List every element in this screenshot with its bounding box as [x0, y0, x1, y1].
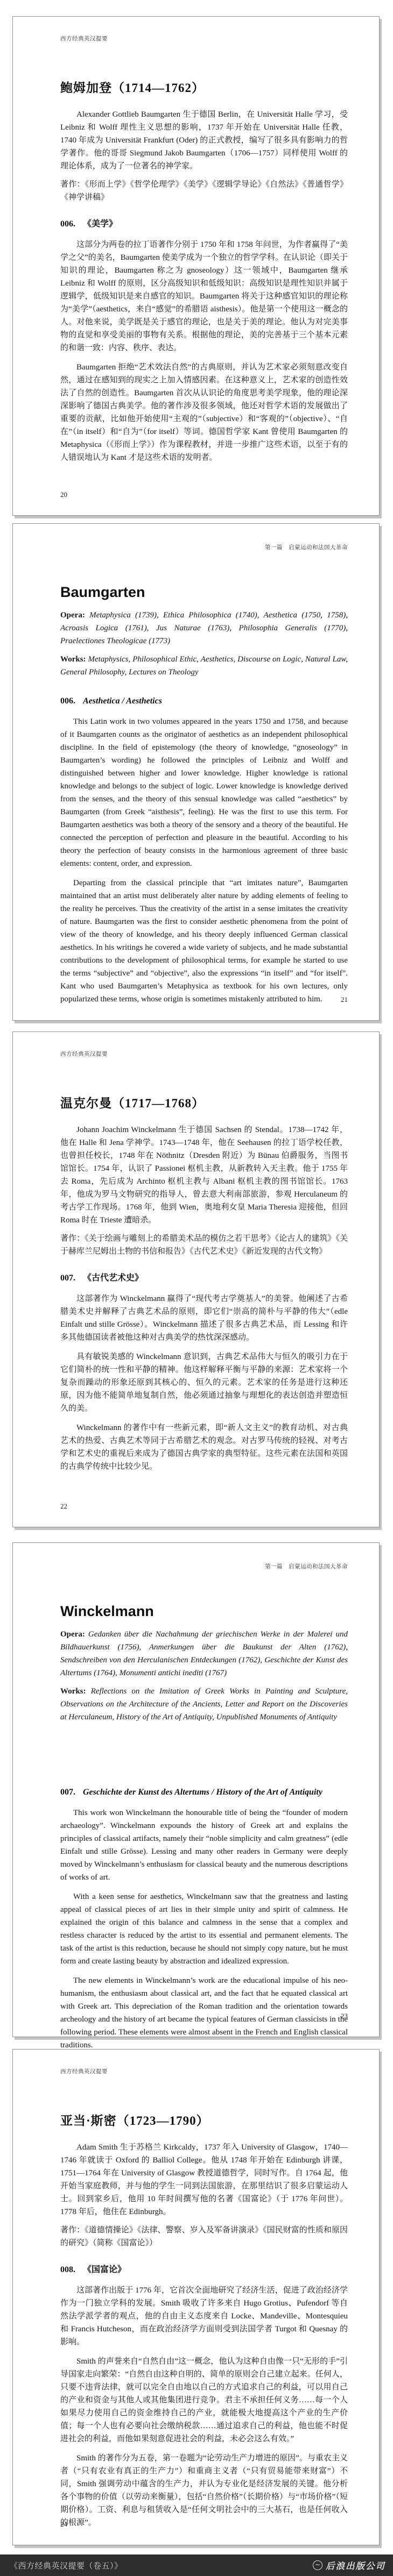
publisher-name: 后浪出版公司	[326, 2559, 385, 2572]
publisher-wave-logo-icon: ~	[313, 2560, 322, 2570]
works-list: 著作：《形而上学》《哲学伦理学》《美学》《逻辑学导论》《自然法》《普通哲学》《神…	[60, 178, 348, 204]
page-title: 鲍姆加登（1714—1762）	[60, 17, 348, 96]
section-number: 007.	[60, 1788, 75, 1797]
works-list: Works: Reflections on the Imitation of G…	[60, 1685, 348, 1724]
body-paragraph: 这部分为两卷的拉丁语著作分别于 1750 年和 1758 年问世，为作者赢得了“…	[60, 238, 348, 354]
section-number: 007.	[60, 1273, 75, 1283]
works-list: 著作：《道德情操论》《法律、警察、岁入及军备讲演录》《国民财富的性质和原因的研究…	[60, 2224, 348, 2250]
section-heading: 006.《美学》	[60, 218, 348, 231]
body-paragraph: 这部著作出版于 1776 年，它首次全面地研究了经济生活，促进了政治经济学作为一…	[60, 2284, 348, 2349]
section-heading: 007.《古代艺术史》	[60, 1272, 348, 1285]
page-title: 亚当·斯密（1723—1790）	[60, 2050, 348, 2129]
opera-label: Opera:	[60, 1630, 85, 1639]
section-title: Geschichte der Kunst des Altertums / His…	[83, 1788, 322, 1797]
page-title: Winckelmann	[60, 1543, 348, 1620]
section-title: 《国富论》	[83, 2265, 126, 2274]
page-title: 温克尔曼（1717—1768）	[60, 1032, 348, 1112]
body-paragraph: This work won Winckelmann the honourable…	[60, 1806, 348, 1884]
opera-titles: Metaphysica (1739), Ethica Philosophica …	[60, 611, 348, 645]
footer-bar: 《西方经典英汉提要（卷五）》 ~ 后浪出版公司	[0, 2554, 393, 2576]
section-number: 008.	[60, 2265, 75, 2274]
opera-list: Opera: Metaphysica (1739), Ethica Philos…	[60, 609, 348, 647]
page-number: 21	[341, 995, 348, 1004]
opera-label: Opera:	[60, 611, 85, 620]
body-paragraph: Smith 的著作分为五卷，第一卷题为“论劳动生产力增进的原因”。与重农主义者（…	[60, 2452, 348, 2529]
body-paragraph: Winckelmann 的著作中有一些新元素，即“新人文主义”的教育动机、对古典…	[60, 1421, 348, 1473]
body-paragraph: 这部著作为 Winckelmann 赢得了“现代考古学奠基人”的美誉。他阐述了古…	[60, 1292, 348, 1344]
works-label: Works:	[60, 1687, 86, 1696]
section-title: 《古代艺术史》	[83, 1273, 143, 1283]
intro-paragraph: Alexander Gottlieb Baumgarten 生于德国 Berli…	[60, 108, 348, 173]
section-heading: 008.《国富论》	[60, 2264, 348, 2276]
scanned-page-22: 西方经典英汉提要 温克尔曼（1717—1768） Johann Joachim …	[12, 1031, 380, 1527]
page-number: 24	[60, 2520, 67, 2529]
page-number: 22	[60, 1502, 67, 1511]
intro-paragraph: Johann Joachim Winckelmann 生于德国 Sachsen …	[60, 1123, 348, 1227]
body-paragraph: Smith 的声誉来自“自然自由”这一概念，他认为这种自由像一只“无形的手”引导…	[60, 2355, 348, 2445]
intro-paragraph: Adam Smith 生于苏格兰 Kirkcaldy，1737 年入 Unive…	[60, 2141, 348, 2218]
scanned-page-21: 第一篇 启蒙运动和法国大革命 Baumgarten Opera: Metaphy…	[12, 523, 380, 1021]
body-paragraph: Departing from the classical principle t…	[60, 877, 348, 1006]
body-paragraph: The new elements in Winckelmann’s work a…	[60, 1974, 348, 2052]
section-heading: 006.Aesthetica / Aesthetics	[60, 695, 348, 708]
works-list: Works: Metaphysics, Philosophical Ethic,…	[60, 653, 348, 679]
works-titles: Reflections on the Imitation of Greek Wo…	[60, 1687, 348, 1721]
works-list: 著作：《关于绘画与雕刻上的希腊美术品的模仿之若干思考》《论古人的建筑》《关于赫库…	[60, 1232, 348, 1258]
publisher-block: ~ 后浪出版公司	[313, 2559, 385, 2572]
page-number: 20	[60, 490, 67, 499]
section-title: Aesthetica / Aesthetics	[83, 696, 162, 706]
body-paragraph: With a keen sense for aesthetics, Wincke…	[60, 1890, 348, 1968]
page-number: 23	[341, 2012, 348, 2020]
scanned-page-24: 西方经典英汉提要 亚当·斯密（1723—1790） Adam Smith 生于苏…	[12, 2049, 380, 2545]
body-paragraph: 具有敏锐美感的 Winckelmann 意识到，古典艺术品伟大与恒久的吸引力在于…	[60, 1350, 348, 1415]
scanned-page-23: 第一篇 启蒙运动和法国大革命 Winckelmann Opera: Gedank…	[12, 1542, 380, 2037]
works-titles: Metaphysics, Philosophical Ethic, Aesthe…	[60, 655, 348, 677]
opera-titles: Gedanken über die Nachahmung der griechi…	[60, 1630, 348, 1677]
section-number: 006.	[60, 219, 75, 229]
section-number: 006.	[60, 696, 75, 706]
scanned-page-20: 西方经典英汉提要 鲍姆加登（1714—1762） Alexander Gottl…	[12, 16, 380, 516]
section-heading: 007.Geschichte der Kunst des Altertums /…	[60, 1786, 348, 1799]
works-label: Works:	[60, 655, 86, 664]
section-title: 《美学》	[83, 219, 117, 229]
series-title: 《西方经典英汉提要（卷五）》	[10, 2560, 123, 2571]
body-paragraph: Baumgarten 拒绝“艺术效法自然”的古典原则，并认为艺术家必须刻意改变自…	[60, 361, 348, 464]
opera-list: Opera: Gedanken über die Nachahmung der …	[60, 1628, 348, 1680]
page-title: Baumgarten	[60, 524, 348, 601]
body-paragraph: This Latin work in two volumes appeared …	[60, 715, 348, 870]
